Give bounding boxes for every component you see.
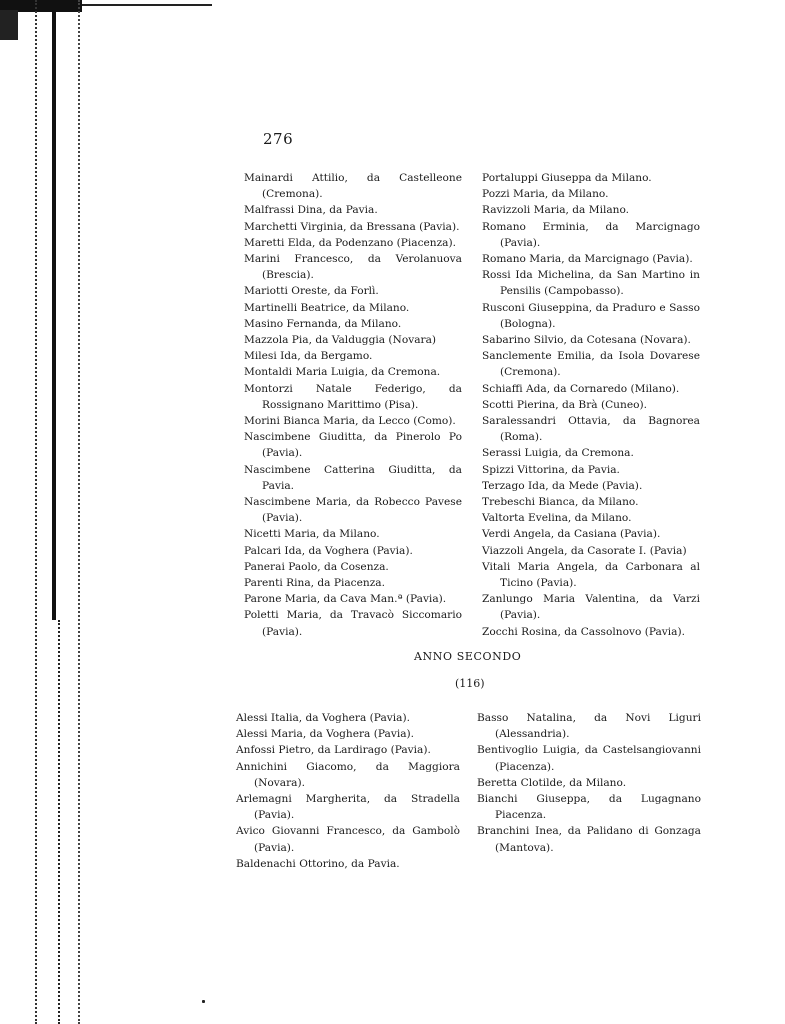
- binding-line: [78, 0, 82, 1024]
- list-entry: Verdi Angela, da Casiana (Pavia).: [482, 526, 700, 542]
- list-entry: Rossi Ida Michelina, da San Martino in P…: [482, 267, 700, 299]
- list-entry: Beretta Clotilde, da Milano.: [477, 775, 701, 791]
- list-entry: Palcari Ida, da Voghera (Pavia).: [244, 543, 462, 559]
- section-count: (116): [455, 677, 485, 690]
- list-entry: Nascimbene Catterina Giuditta, da Pavia.: [244, 462, 462, 494]
- list-entry: Malfrassi Dina, da Pavia.: [244, 202, 462, 218]
- list-entry: Maretti Elda, da Podenzano (Piacenza).: [244, 235, 462, 251]
- list-entry: Nascimbene Giuditta, da Pinerolo Po (Pav…: [244, 429, 462, 461]
- list-entry: Annichini Giacomo, da Maggiora (Novara).: [236, 759, 460, 791]
- book-binding-edge: [0, 0, 90, 1024]
- list-entry: Viazzoli Angela, da Casorate I. (Pavia): [482, 543, 700, 559]
- binding-line: [58, 620, 62, 1024]
- list-entry: Baldenachi Ottorino, da Pavia.: [236, 856, 460, 872]
- list-entry: Milesi Ida, da Bergamo.: [244, 348, 462, 364]
- first-list-left-column: Mainardi Attilio, da Castelleone (Cremon…: [244, 170, 462, 640]
- list-entry: Sanclemente Emilia, da Isola Dovarese (C…: [482, 348, 700, 380]
- list-entry: Mainardi Attilio, da Castelleone (Cremon…: [244, 170, 462, 202]
- list-entry: Terzago Ida, da Mede (Pavia).: [482, 478, 700, 494]
- list-entry: Mariotti Oreste, da Forlì.: [244, 283, 462, 299]
- list-entry: Branchini Inea, da Palidano di Gonzaga (…: [477, 823, 701, 855]
- list-entry: Trebeschi Bianca, da Milano.: [482, 494, 700, 510]
- page-number: 276: [263, 130, 293, 148]
- list-entry: Bentivoglio Luigia, da Castelsangiovanni…: [477, 742, 701, 774]
- list-entry: Sabarino Silvio, da Cotesana (Novara).: [482, 332, 700, 348]
- list-entry: Saralessandri Ottavia, da Bagnorea (Roma…: [482, 413, 700, 445]
- section-heading: ANNO SECONDO: [414, 650, 521, 663]
- list-entry: Portaluppi Giuseppa da Milano.: [482, 170, 700, 186]
- page-top-edge: [82, 4, 212, 6]
- list-entry: Zocchi Rosina, da Cassolnovo (Pavia).: [482, 624, 700, 640]
- list-entry: Panerai Paolo, da Cosenza.: [244, 559, 462, 575]
- list-entry: Zanlungo Maria Valentina, da Varzi (Pavi…: [482, 591, 700, 623]
- list-entry: Ravizzoli Maria, da Milano.: [482, 202, 700, 218]
- list-entry: Rusconi Giuseppina, da Praduro e Sasso (…: [482, 300, 700, 332]
- list-entry: Pozzi Maria, da Milano.: [482, 186, 700, 202]
- list-entry: Vitali Maria Angela, da Carbonara al Tic…: [482, 559, 700, 591]
- list-entry: Marchetti Virginia, da Bressana (Pavia).: [244, 219, 462, 235]
- first-list-right-column: Portaluppi Giuseppa da Milano. Pozzi Mar…: [482, 170, 700, 640]
- list-entry: Scotti Pierina, da Brà (Cuneo).: [482, 397, 700, 413]
- list-entry: Nascimbene Maria, da Robecco Pavese (Pav…: [244, 494, 462, 526]
- list-entry: Serassi Luigia, da Cremona.: [482, 445, 700, 461]
- second-list-left-column: Alessi Italia, da Voghera (Pavia). Aless…: [236, 710, 460, 872]
- list-entry: Romano Maria, da Marcignago (Pavia).: [482, 251, 700, 267]
- list-entry: Avico Giovanni Francesco, da Gambolò (Pa…: [236, 823, 460, 855]
- list-entry: Romano Erminia, da Marcignago (Pavia).: [482, 219, 700, 251]
- list-entry: Schiaffi Ada, da Cornaredo (Milano).: [482, 381, 700, 397]
- list-entry: Anfossi Pietro, da Lardirago (Pavia).: [236, 742, 460, 758]
- list-entry: Montorzi Natale Federigo, da Rossignano …: [244, 381, 462, 413]
- list-entry: Poletti Maria, da Travacò Siccomario (Pa…: [244, 607, 462, 639]
- scan-speck: [202, 1000, 205, 1003]
- binding-line: [35, 0, 39, 1024]
- list-entry: Arlemagni Margherita, da Stradella (Pavi…: [236, 791, 460, 823]
- second-list-right-column: Basso Natalina, da Novi Liguri (Alessand…: [477, 710, 701, 856]
- list-entry: Spizzi Vittorina, da Pavia.: [482, 462, 700, 478]
- list-entry: Marini Francesco, da Verolanuova (Bresci…: [244, 251, 462, 283]
- list-entry: Martinelli Beatrice, da Milano.: [244, 300, 462, 316]
- list-entry: Basso Natalina, da Novi Liguri (Alessand…: [477, 710, 701, 742]
- list-entry: Morini Bianca Maria, da Lecco (Como).: [244, 413, 462, 429]
- list-entry: Nicetti Maria, da Milano.: [244, 526, 462, 542]
- list-entry: Parone Maria, da Cava Man.ª (Pavia).: [244, 591, 462, 607]
- list-entry: Alessi Italia, da Voghera (Pavia).: [236, 710, 460, 726]
- list-entry: Mazzola Pia, da Valduggia (Novara): [244, 332, 462, 348]
- list-entry: Alessi Maria, da Voghera (Pavia).: [236, 726, 460, 742]
- list-entry: Montaldi Maria Luigia, da Cremona.: [244, 364, 462, 380]
- list-entry: Masino Fernanda, da Milano.: [244, 316, 462, 332]
- binding-corner: [0, 10, 18, 40]
- list-entry: Bianchi Giuseppa, da Lugagnano Piacenza.: [477, 791, 701, 823]
- list-entry: Valtorta Evelina, da Milano.: [482, 510, 700, 526]
- binding-spine: [52, 0, 56, 620]
- list-entry: Parenti Rina, da Piacenza.: [244, 575, 462, 591]
